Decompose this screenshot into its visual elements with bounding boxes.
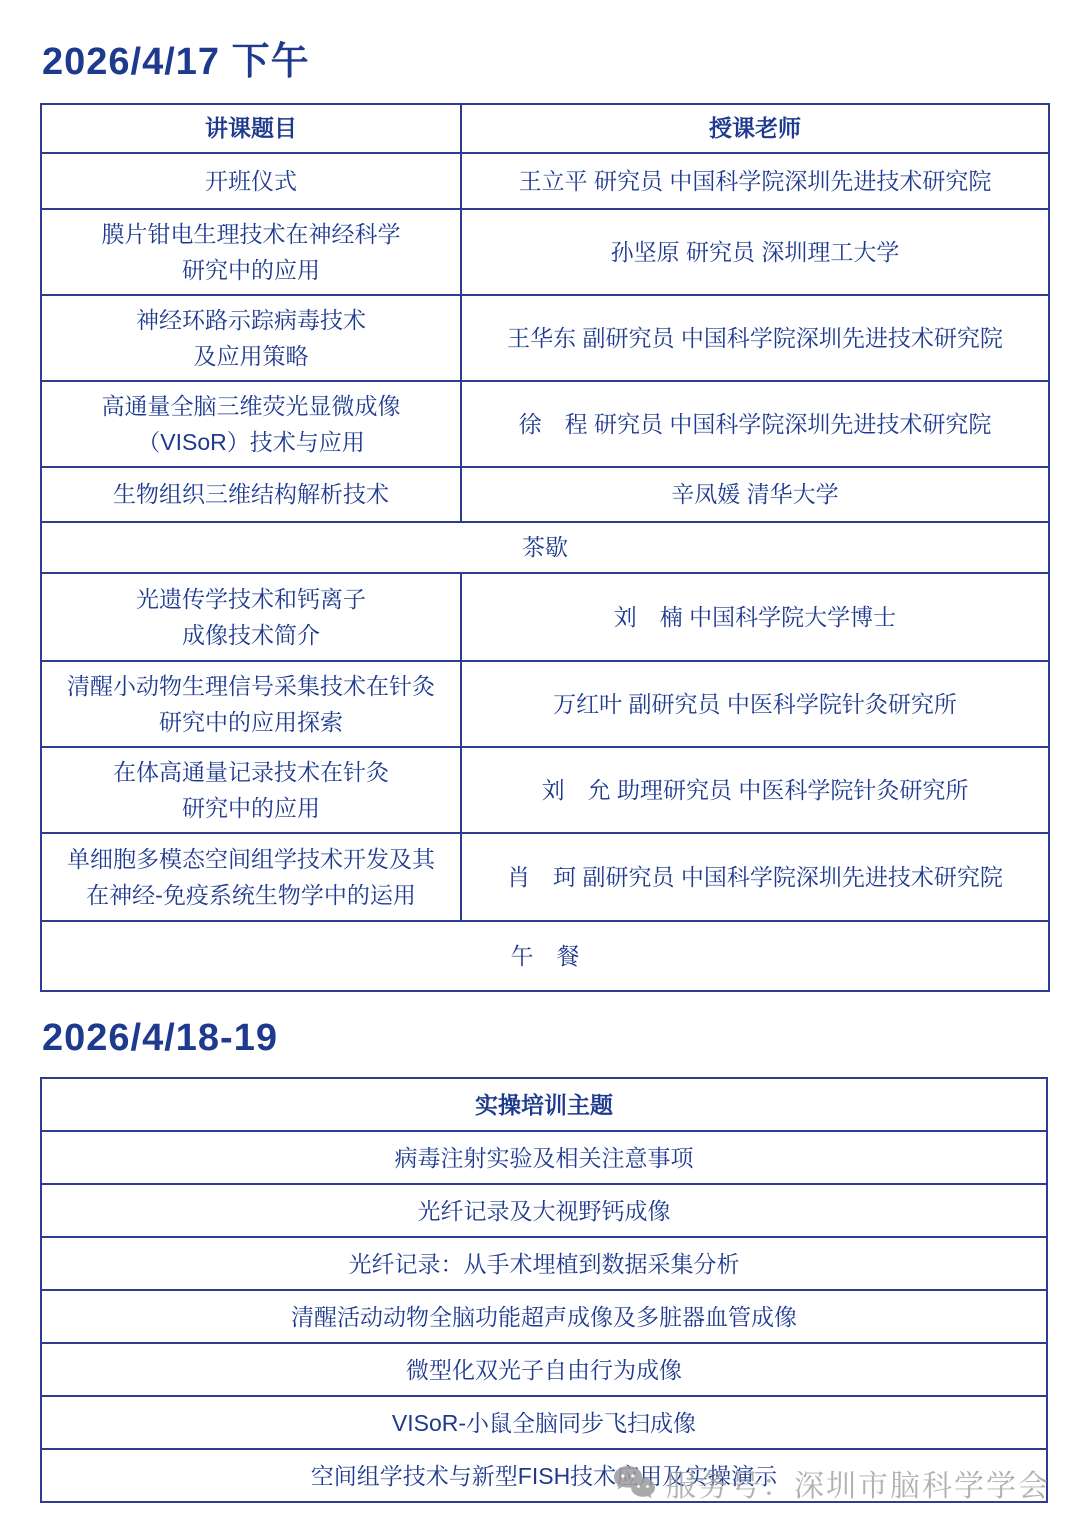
column-header-topic: 讲课题目 [41, 104, 461, 153]
practice-topic-cell: 病毒注射实验及相关注意事项 [41, 1131, 1047, 1184]
topic-cell: 光遗传学技术和钙离子 成像技术简介 [41, 573, 461, 661]
teacher-cell: 辛凤媛 清华大学 [461, 467, 1049, 522]
topic-cell: 开班仪式 [41, 153, 461, 209]
table-row: 生物组织三维结构解析技术 辛凤媛 清华大学 [41, 467, 1049, 522]
table-row: 开班仪式 王立平 研究员 中国科学院深圳先进技术研究院 [41, 153, 1049, 209]
teacher-cell: 刘 楠 中国科学院大学博士 [461, 573, 1049, 661]
lunch-row: 午 餐 [41, 921, 1049, 991]
table-row: 光纤记录：从手术埋植到数据采集分析 [41, 1237, 1047, 1290]
topic-cell: 神经环路示踪病毒技术 及应用策略 [41, 295, 461, 381]
table-row: 光遗传学技术和钙离子 成像技术简介 刘 楠 中国科学院大学博士 [41, 573, 1049, 661]
section2-title: 2026/4/18-19 [42, 1016, 1048, 1062]
topic-cell: 在体高通量记录技术在针灸 研究中的应用 [41, 747, 461, 833]
topic-cell: 高通量全脑三维荧光显微成像 （VISoR）技术与应用 [41, 381, 461, 467]
table-row: 在体高通量记录技术在针灸 研究中的应用 刘 允 助理研究员 中医科学院针灸研究所 [41, 747, 1049, 833]
table-row: 病毒注射实验及相关注意事项 [41, 1131, 1047, 1184]
table-row: 单细胞多模态空间组学技术开发及其 在神经-免疫系统生物学中的运用 肖 珂 副研究… [41, 833, 1049, 921]
practice-topic-cell: VISoR-小鼠全脑同步飞扫成像 [41, 1396, 1047, 1449]
practice-topic-cell: 微型化双光子自由行为成像 [41, 1343, 1047, 1396]
practice-table-header-row: 实操培训主题 [41, 1078, 1047, 1131]
table-row: 空间组学技术与新型FISH技术应用及实操演示 [41, 1449, 1047, 1502]
topic-cell: 单细胞多模态空间组学技术开发及其 在神经-免疫系统生物学中的运用 [41, 833, 461, 921]
practice-topic-cell: 光纤记录及大视野钙成像 [41, 1184, 1047, 1237]
practice-topic-cell: 清醒活动动物全脑功能超声成像及多脏器血管成像 [41, 1290, 1047, 1343]
topic-cell: 膜片钳电生理技术在神经科学 研究中的应用 [41, 209, 461, 295]
table-row: 光纤记录及大视野钙成像 [41, 1184, 1047, 1237]
table-row: VISoR-小鼠全脑同步飞扫成像 [41, 1396, 1047, 1449]
teacher-cell: 刘 允 助理研究员 中医科学院针灸研究所 [461, 747, 1049, 833]
table-row: 微型化双光子自由行为成像 [41, 1343, 1047, 1396]
teacher-cell: 肖 珂 副研究员 中国科学院深圳先进技术研究院 [461, 833, 1049, 921]
practice-topic-cell: 空间组学技术与新型FISH技术应用及实操演示 [41, 1449, 1047, 1502]
teacher-cell: 徐 程 研究员 中国科学院深圳先进技术研究院 [461, 381, 1049, 467]
practice-topic-cell: 光纤记录：从手术埋植到数据采集分析 [41, 1237, 1047, 1290]
lecture-table: 讲课题目 授课老师 开班仪式 王立平 研究员 中国科学院深圳先进技术研究院 膜片… [40, 103, 1050, 992]
table-row: 清醒小动物生理信号采集技术在针灸 研究中的应用探索 万红叶 副研究员 中医科学院… [41, 661, 1049, 747]
teacher-cell: 王立平 研究员 中国科学院深圳先进技术研究院 [461, 153, 1049, 209]
schedule-page: 2026/4/17 下午 讲课题目 授课老师 开班仪式 王立平 研究员 中国科学… [0, 40, 1080, 1503]
teacher-cell: 王华东 副研究员 中国科学院深圳先进技术研究院 [461, 295, 1049, 381]
topic-cell: 清醒小动物生理信号采集技术在针灸 研究中的应用探索 [41, 661, 461, 747]
table-row: 清醒活动动物全脑功能超声成像及多脏器血管成像 [41, 1290, 1047, 1343]
lunch-cell: 午 餐 [41, 921, 1049, 991]
tea-break-row: 茶歇 [41, 522, 1049, 573]
teacher-cell: 万红叶 副研究员 中医科学院针灸研究所 [461, 661, 1049, 747]
tea-break-cell: 茶歇 [41, 522, 1049, 573]
section1-title: 2026/4/17 下午 [42, 40, 1048, 86]
teacher-cell: 孙坚原 研究员 深圳理工大学 [461, 209, 1049, 295]
practice-table: 实操培训主题 病毒注射实验及相关注意事项 光纤记录及大视野钙成像 光纤记录：从手… [40, 1077, 1048, 1503]
lecture-table-header-row: 讲课题目 授课老师 [41, 104, 1049, 153]
table-row: 神经环路示踪病毒技术 及应用策略 王华东 副研究员 中国科学院深圳先进技术研究院 [41, 295, 1049, 381]
table-row: 膜片钳电生理技术在神经科学 研究中的应用 孙坚原 研究员 深圳理工大学 [41, 209, 1049, 295]
topic-cell: 生物组织三维结构解析技术 [41, 467, 461, 522]
table-row: 高通量全脑三维荧光显微成像 （VISoR）技术与应用 徐 程 研究员 中国科学院… [41, 381, 1049, 467]
practice-header-cell: 实操培训主题 [41, 1078, 1047, 1131]
column-header-teacher: 授课老师 [461, 104, 1049, 153]
